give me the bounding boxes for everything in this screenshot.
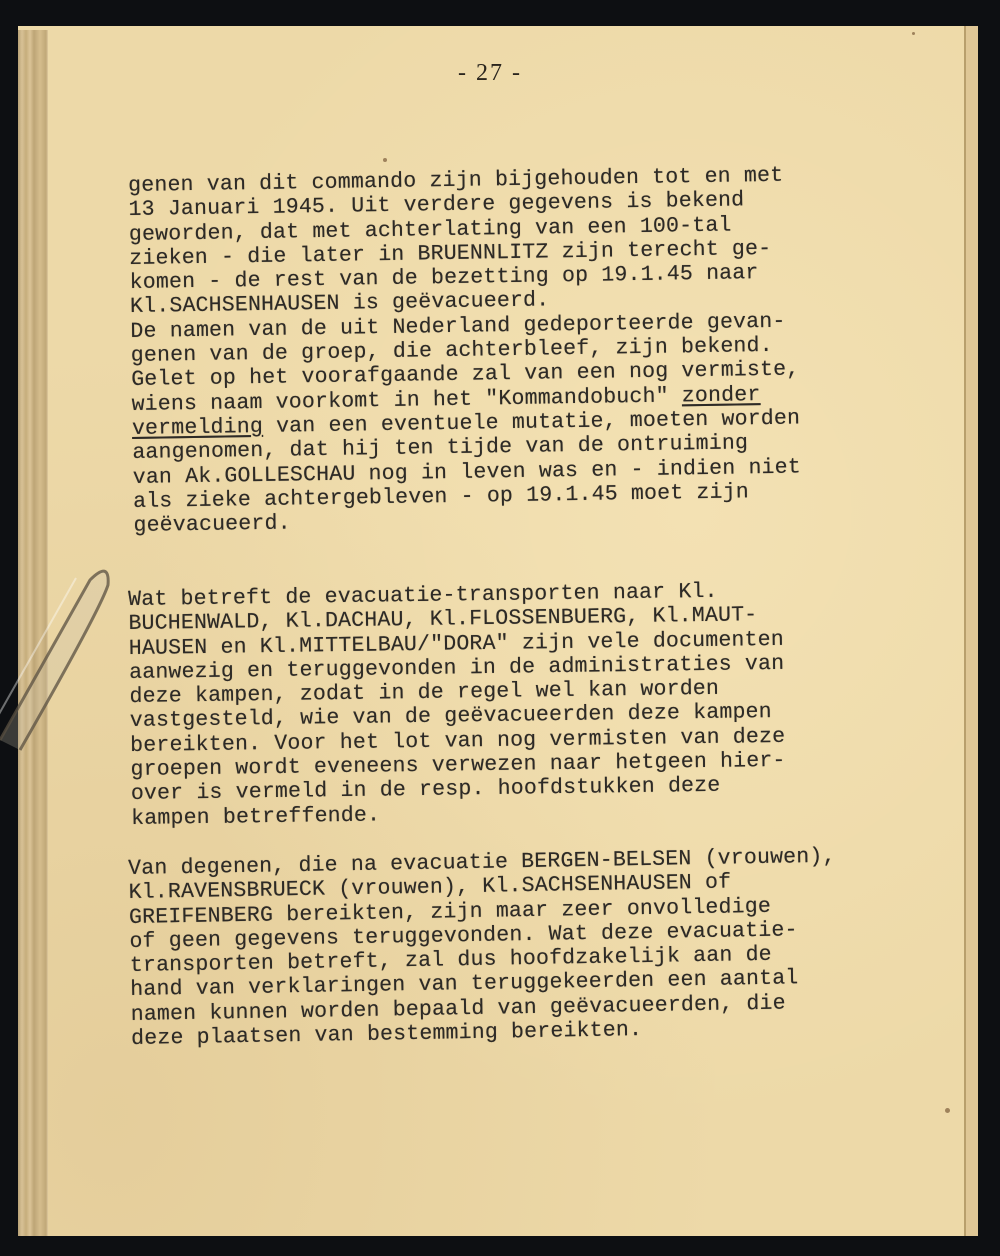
paper-speck (912, 32, 915, 35)
underlined-word: zonder (682, 383, 761, 408)
underlined-word: vermelding (132, 415, 263, 441)
paper-speck (945, 1108, 950, 1113)
paragraph-1: genen van dit commando zijn bijgehouden … (128, 161, 934, 538)
page-fold-line (964, 26, 966, 1236)
page-stack-edges (18, 30, 48, 1236)
paragraph-3: Van degenen, die na evacuatie BERGEN-BEL… (128, 843, 931, 1051)
next-page-edge (966, 26, 978, 1236)
paper-speck (383, 158, 387, 162)
paragraph-2: Wat betreft de evacuatie-transporten naa… (128, 577, 931, 831)
page-number: - 27 - (430, 60, 550, 87)
